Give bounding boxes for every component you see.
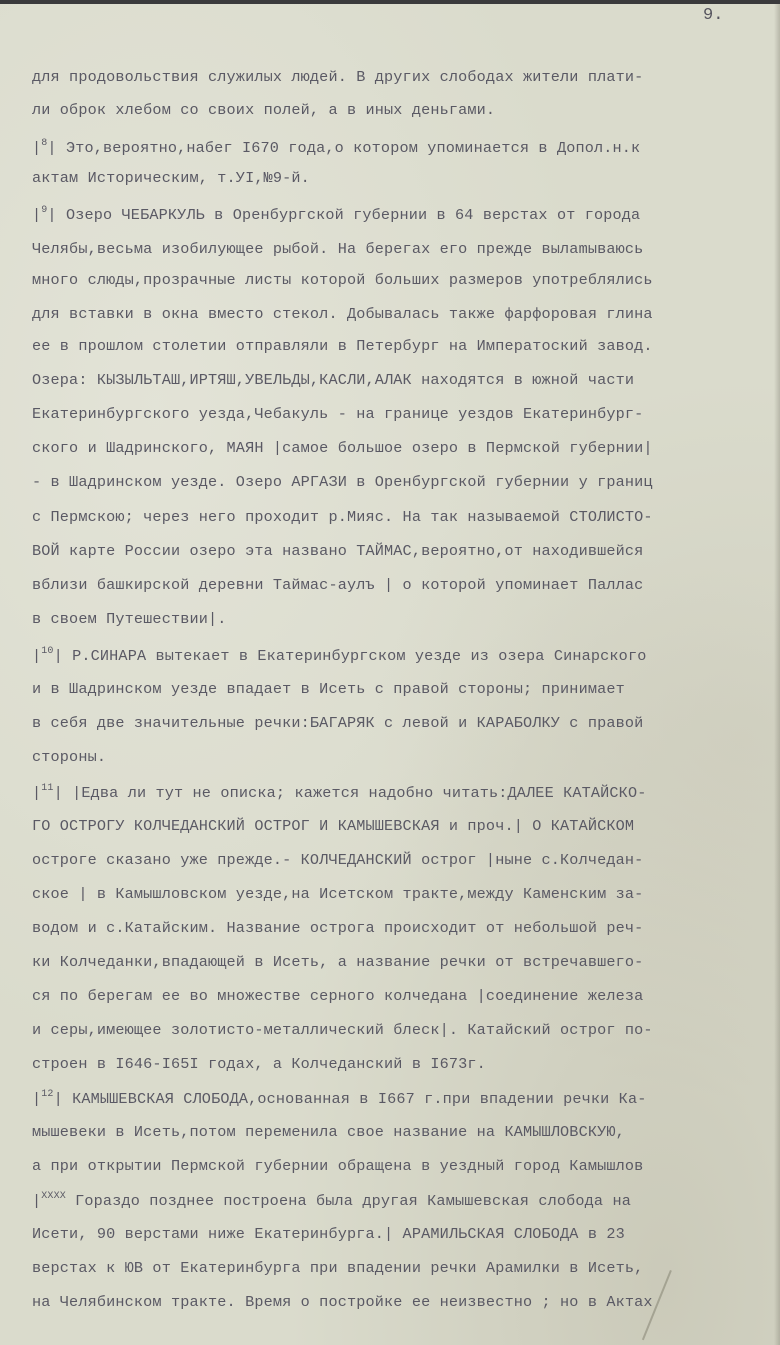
line-text: ВОЙ карте России озеро эта названо ТАЙМА… xyxy=(32,542,643,560)
line-text: Гораздо позднее построена была другая Ка… xyxy=(66,1192,631,1210)
text-line: Екатеринбургского уезда,Чебакуль - на гр… xyxy=(32,405,643,423)
footnote-bracket: | xyxy=(32,206,41,224)
footnote-number: 10 xyxy=(41,646,53,657)
line-text: ки Колчеданки,впадающей в Исеть, а назва… xyxy=(32,953,643,971)
line-text: Екатеринбургского уезда,Чебакуль - на гр… xyxy=(32,405,643,423)
line-text: много слюды,прозрачные листы которой бол… xyxy=(32,271,653,289)
footnote-bracket: | xyxy=(47,206,56,224)
text-line: мышевеки в Исеть,потом переменила свое н… xyxy=(32,1123,625,1141)
line-text: стороны. xyxy=(32,748,106,766)
text-line: а при открытии Пермской губернии обращен… xyxy=(32,1157,643,1175)
page-edge-shadow xyxy=(774,4,780,1345)
text-line: в себя две значительные речки:БАГАРЯК с … xyxy=(32,714,643,732)
text-line: ского и Шадринского, МАЯН |самое большое… xyxy=(32,439,653,457)
line-text: в своем Путешествии|. xyxy=(32,610,227,628)
line-text: остроге сказано уже прежде.- КОЛЧЕДАНСКИ… xyxy=(32,851,643,869)
text-line: стороны. xyxy=(32,748,106,766)
text-line: много слюды,прозрачные листы которой бол… xyxy=(32,271,653,289)
footnote-line: |10| Р.СИНАРА вытекает в Екатеринбургско… xyxy=(32,646,646,665)
line-text: Р.СИНАРА вытекает в Екатеринбургском уез… xyxy=(63,647,647,665)
footnote-bracket: | xyxy=(54,647,63,665)
line-text: Челябы,весьма изобилующее рыбой. На бере… xyxy=(32,240,643,258)
text-line: ВОЙ карте России озеро эта названо ТАЙМА… xyxy=(32,542,643,560)
footnote-bracket: | xyxy=(32,139,41,157)
line-text: на Челябинском тракте. Время о постройке… xyxy=(32,1293,653,1311)
line-text: Озеро ЧЕБАРКУЛЬ в Оренбургской губернии … xyxy=(57,206,641,224)
line-text: а при открытии Пермской губернии обращен… xyxy=(32,1157,643,1175)
text-line: Исети, 90 верстами ниже Екатеринбурга.| … xyxy=(32,1225,625,1243)
text-line: вблизи башкирской деревни Таймас-аулъ | … xyxy=(32,576,643,594)
text-line: ли оброк хлебом со своих полей, а в иных… xyxy=(32,101,495,119)
line-text: ГО ОСТРОГУ КОЛЧЕДАНСКИЙ ОСТРОГ И КАМЫШЕВ… xyxy=(32,817,634,835)
line-text: КАМЫШЕВСКАЯ СЛОБОДА,основанная в I667 г.… xyxy=(63,1090,647,1108)
line-text: вблизи башкирской деревни Таймас-аулъ | … xyxy=(32,576,643,594)
text-line: строен в I646-I65I годах, а Колчеданский… xyxy=(32,1055,486,1073)
text-line: для вставки в окна вместо стекол. Добыва… xyxy=(32,305,653,323)
footnote-line: |11| |Едва ли тут не описка; кажется над… xyxy=(32,783,646,802)
footnote-line: |9| Озеро ЧЕБАРКУЛЬ в Оренбургской губер… xyxy=(32,205,640,224)
footnote-line: |8| Это,вероятно,набег I670 года,о котор… xyxy=(32,138,640,157)
footnote-number: 12 xyxy=(41,1089,53,1100)
footnote-bracket: | xyxy=(47,139,56,157)
footnote-bracket: | xyxy=(54,1090,63,1108)
text-line: для продовольствия служилых людей. В дру… xyxy=(32,68,643,86)
line-text: и в Шадринском уезде впадает в Исеть с п… xyxy=(32,680,625,698)
line-text: и серы,имеющее золотисто-металлический б… xyxy=(32,1021,653,1039)
footnote-bracket: | xyxy=(32,784,41,802)
text-line: ки Колчеданки,впадающей в Исеть, а назва… xyxy=(32,953,643,971)
line-text: Исети, 90 верстами ниже Екатеринбурга.| … xyxy=(32,1225,625,1243)
text-line: ское | в Камышловском уезде,на Исетском … xyxy=(32,885,643,903)
line-text: ее в прошлом столетии отправляли в Петер… xyxy=(32,337,653,355)
footnote-bracket: | xyxy=(32,1090,41,1108)
text-line: с Пермскою; через него проходит р.Мияс. … xyxy=(32,508,653,526)
line-text: ское | в Камышловском уезде,на Исетском … xyxy=(32,885,643,903)
line-text: для вставки в окна вместо стекол. Добыва… xyxy=(32,305,653,323)
text-line: и в Шадринском уезде впадает в Исеть с п… xyxy=(32,680,625,698)
text-line: ее в прошлом столетии отправляли в Петер… xyxy=(32,337,653,355)
text-line: и серы,имеющее золотисто-металлический б… xyxy=(32,1021,653,1039)
text-line: - в Шадринском уезде. Озеро АРГАЗИ в Оре… xyxy=(32,473,653,491)
footnote-bracket: | xyxy=(32,647,41,665)
line-text: для продовольствия служилых людей. В дру… xyxy=(32,68,643,86)
text-line: в своем Путешествии|. xyxy=(32,610,227,628)
line-text: с Пермскою; через него проходит р.Мияс. … xyxy=(32,508,653,526)
text-line: актам Историческим, т.УI,№9-й. xyxy=(32,169,310,187)
line-text: строен в I646-I65I годах, а Колчеданский… xyxy=(32,1055,486,1073)
footnote-line: |12| КАМЫШЕВСКАЯ СЛОБОДА,основанная в I6… xyxy=(32,1089,646,1108)
text-line: на Челябинском тракте. Время о постройке… xyxy=(32,1293,653,1311)
line-text: мышевеки в Исеть,потом переменила свое н… xyxy=(32,1123,625,1141)
line-text: водом и с.Катайским. Название острога пр… xyxy=(32,919,643,937)
text-line: верстах к ЮВ от Екатеринбурга при впаден… xyxy=(32,1259,643,1277)
footnote-line: |XXXX Гораздо позднее построена была дру… xyxy=(32,1191,631,1210)
text-line: водом и с.Катайским. Название острога пр… xyxy=(32,919,643,937)
line-text: ского и Шадринского, МАЯН |самое большое… xyxy=(32,439,653,457)
line-text: - в Шадринском уезде. Озеро АРГАЗИ в Оре… xyxy=(32,473,653,491)
footnote-number: XXXX xyxy=(41,1191,66,1202)
line-text: Озера: КЫЗЫЛЬТАШ,ИРТЯШ,УВЕЛЬДЫ,КАСЛИ,АЛА… xyxy=(32,371,634,389)
footnote-bracket: | xyxy=(32,1192,41,1210)
footnote-number: 11 xyxy=(41,783,53,794)
text-line: Челябы,весьма изобилующее рыбой. На бере… xyxy=(32,240,643,258)
text-line: остроге сказано уже прежде.- КОЛЧЕДАНСКИ… xyxy=(32,851,643,869)
text-line: Озера: КЫЗЫЛЬТАШ,ИРТЯШ,УВЕЛЬДЫ,КАСЛИ,АЛА… xyxy=(32,371,634,389)
line-text: ся по берегам ее во множестве серного ко… xyxy=(32,987,643,1005)
line-text: |Едва ли тут не описка; кажется надобно … xyxy=(63,784,647,802)
line-text: ли оброк хлебом со своих полей, а в иных… xyxy=(32,101,495,119)
line-text: актам Историческим, т.УI,№9-й. xyxy=(32,169,310,187)
line-text: верстах к ЮВ от Екатеринбурга при впаден… xyxy=(32,1259,643,1277)
text-line: ГО ОСТРОГУ КОЛЧЕДАНСКИЙ ОСТРОГ И КАМЫШЕВ… xyxy=(32,817,634,835)
line-text: Это,вероятно,набег I670 года,о котором у… xyxy=(57,139,641,157)
page-number: 9. xyxy=(703,6,723,25)
text-line: ся по берегам ее во множестве серного ко… xyxy=(32,987,643,1005)
line-text: в себя две значительные речки:БАГАРЯК с … xyxy=(32,714,643,732)
footnote-bracket: | xyxy=(54,784,63,802)
